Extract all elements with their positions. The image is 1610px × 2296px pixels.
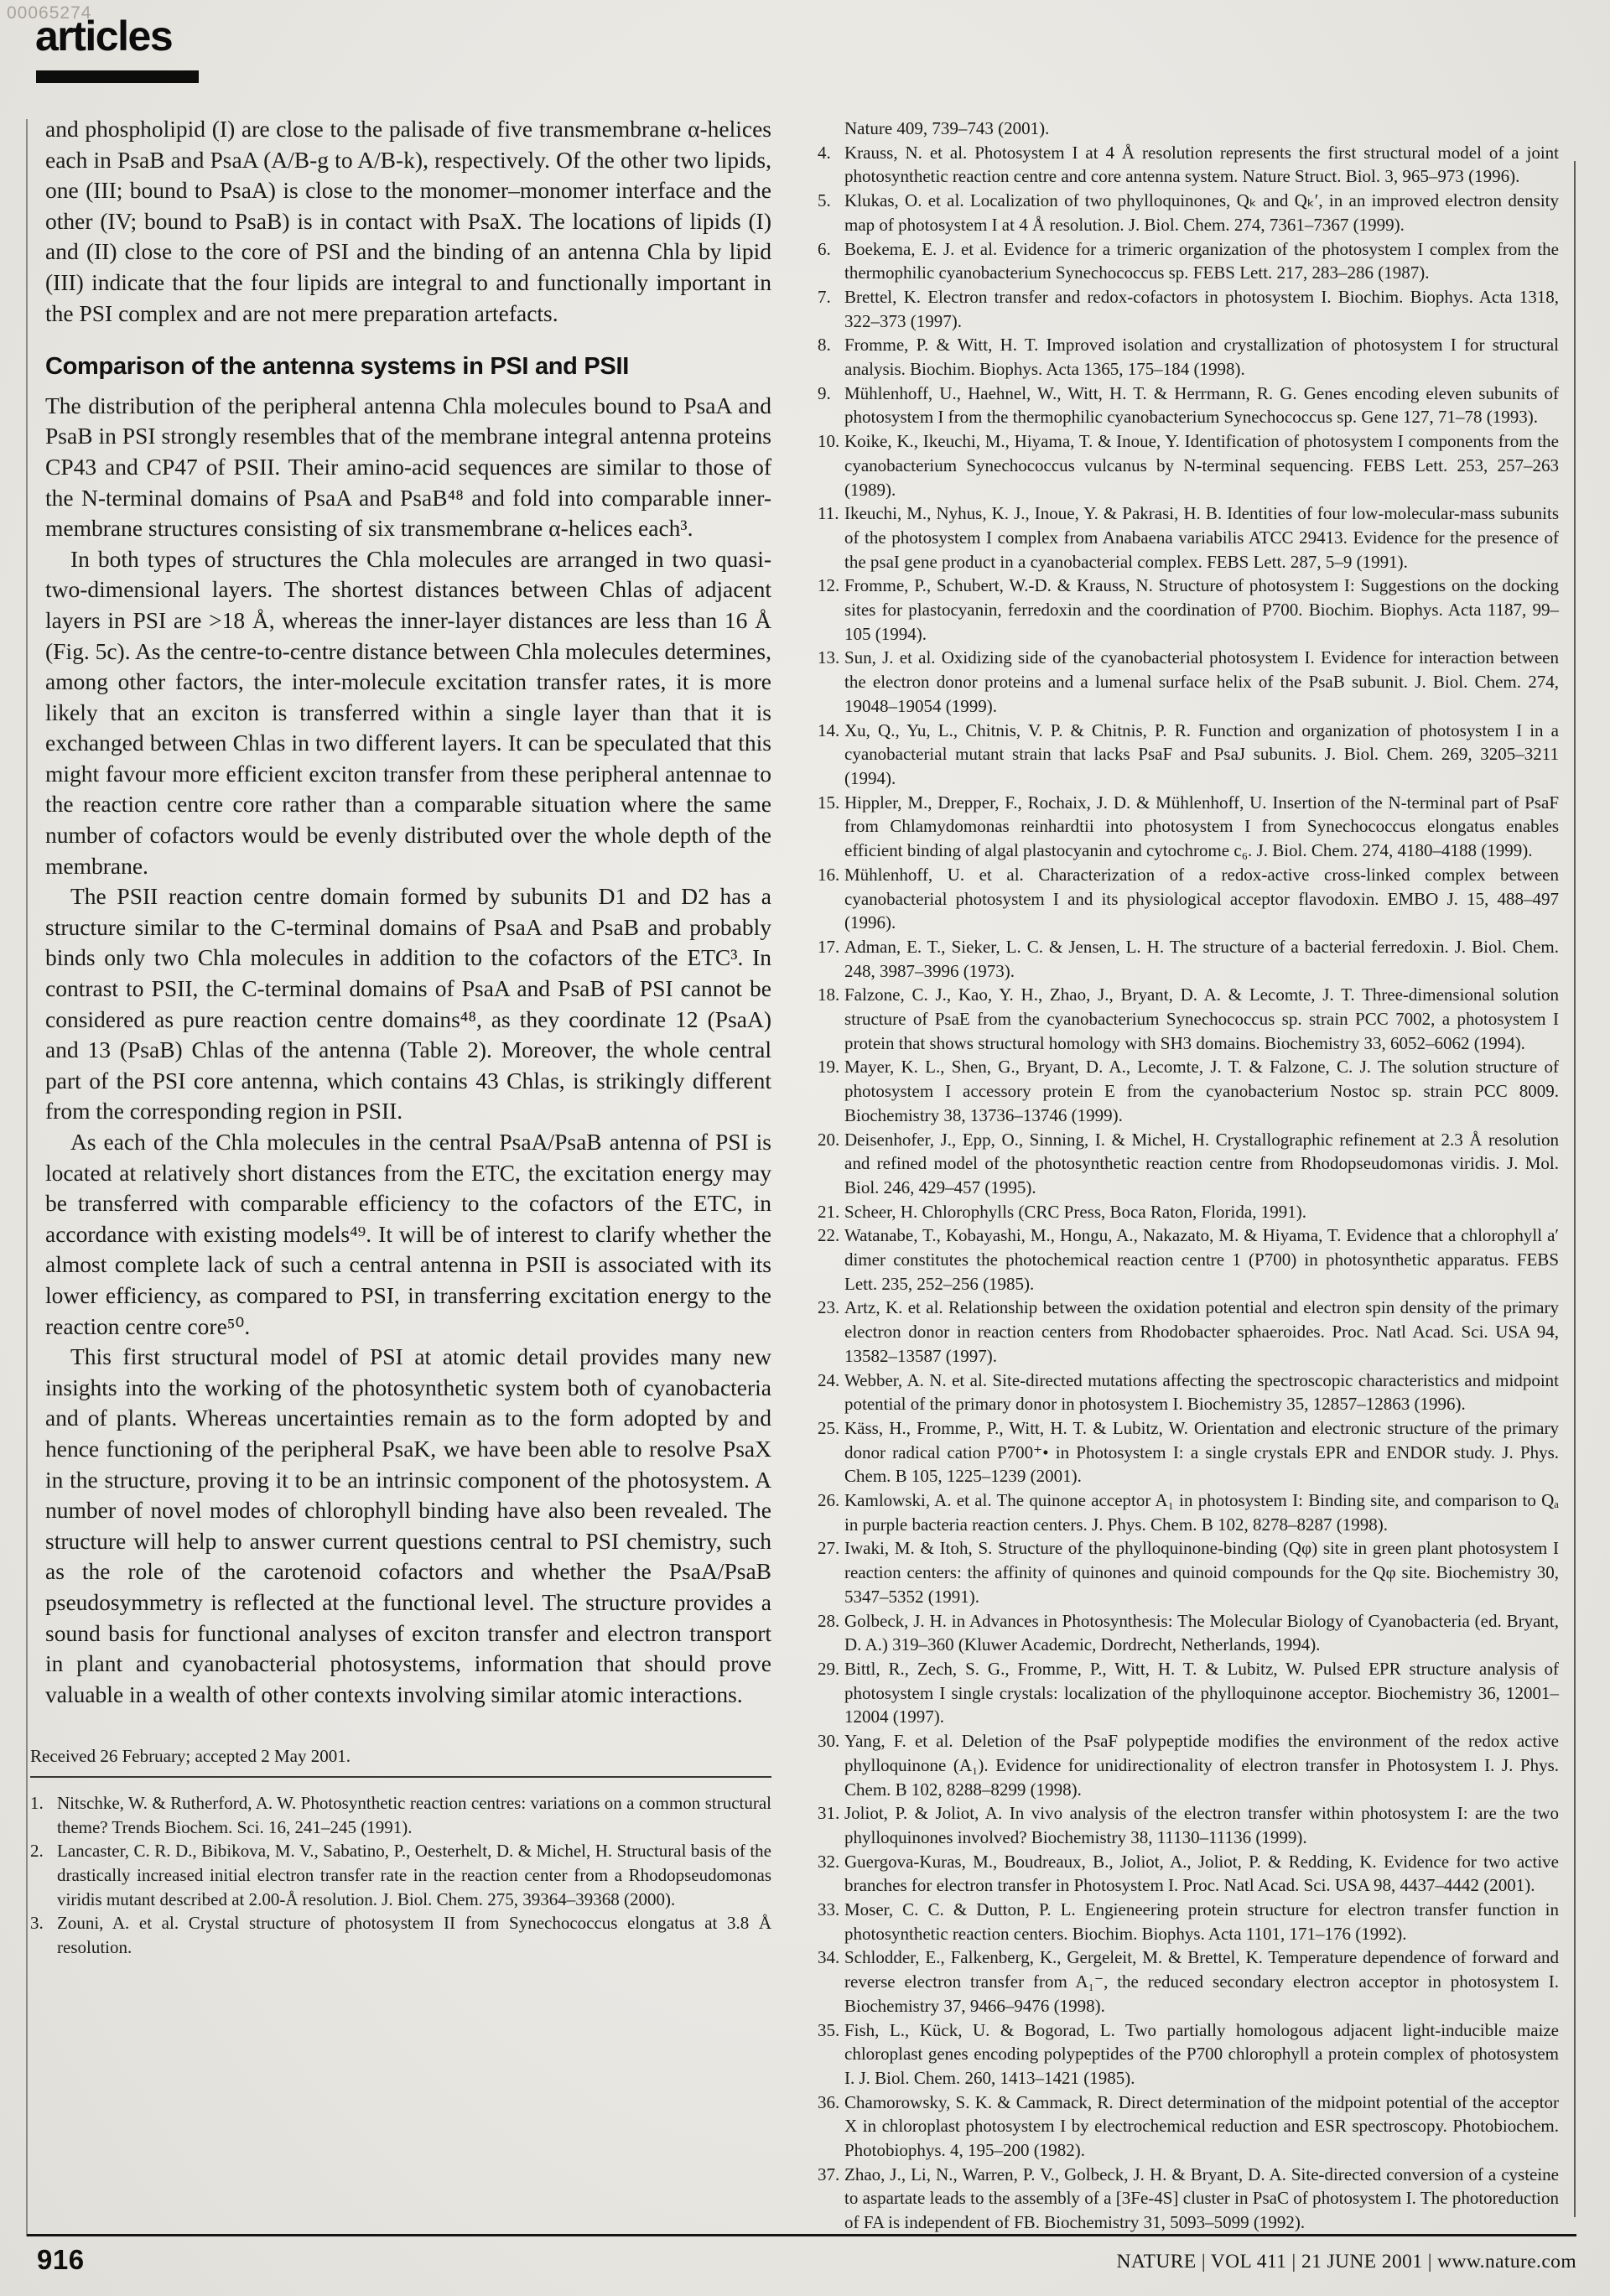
reference-item: 37. Zhao, J., Li, N., Warren, P. V., Gol… bbox=[818, 2163, 1559, 2235]
article-column: and phospholipid (I) are close to the pa… bbox=[45, 114, 771, 1959]
reference-text: Falzone, C. J., Kao, Y. H., Zhao, J., Br… bbox=[844, 984, 1559, 1052]
reference-text: Schlodder, E., Falkenberg, K., Gergeleit… bbox=[844, 1947, 1559, 2015]
reference-item: 8. Fromme, P. & Witt, H. T. Improved iso… bbox=[818, 333, 1559, 381]
reference-item: 18. Falzone, C. J., Kao, Y. H., Zhao, J.… bbox=[818, 983, 1559, 1055]
reference-text: Golbeck, J. H. in Advances in Photosynth… bbox=[844, 1611, 1559, 1655]
reference-item: 2. Lancaster, C. R. D., Bibikova, M. V.,… bbox=[30, 1839, 771, 1911]
reference-number: 11. bbox=[818, 501, 839, 526]
reference-text: Hippler, M., Drepper, F., Rochaix, J. D.… bbox=[844, 792, 1559, 860]
reference-item: 11. Ikeuchi, M., Nyhus, K. J., Inoue, Y.… bbox=[818, 501, 1559, 574]
reference-text: Lancaster, C. R. D., Bibikova, M. V., Sa… bbox=[57, 1841, 771, 1909]
reference-number: 30. bbox=[818, 1729, 839, 1753]
reference-number: 29. bbox=[818, 1657, 839, 1681]
reference-text: Artz, K. et al. Relationship between the… bbox=[844, 1297, 1559, 1365]
reference-number: 4. bbox=[818, 141, 831, 165]
page-number: 916 bbox=[37, 2244, 85, 2276]
reference-number: 36. bbox=[818, 2091, 839, 2115]
body-paragraph: As each of the Chla molecules in the cen… bbox=[45, 1127, 771, 1342]
reference-number: 28. bbox=[818, 1609, 839, 1634]
reference-item: 22. Watanabe, T., Kobayashi, M., Hongu, … bbox=[818, 1223, 1559, 1296]
reference-item: 12. Fromme, P., Schubert, W.-D. & Krauss… bbox=[818, 574, 1559, 646]
reference-item: 36. Chamorowsky, S. K. & Cammack, R. Dir… bbox=[818, 2091, 1559, 2163]
reference-text: Mühlenhoff, U. et al. Characterization o… bbox=[844, 865, 1559, 932]
reference-item: 17. Adman, E. T., Sieker, L. C. & Jensen… bbox=[818, 935, 1559, 983]
reference-text: Klukas, O. et al. Localization of two ph… bbox=[844, 190, 1559, 235]
reference-item: 4. Krauss, N. et al. Photosystem I at 4 … bbox=[818, 141, 1559, 189]
reference-text: Moser, C. C. & Dutton, P. L. Engieneerin… bbox=[844, 1899, 1559, 1944]
reference-text: Joliot, P. & Joliot, A. In vivo analysis… bbox=[844, 1803, 1559, 1847]
reference-text: Mühlenhoff, U., Haehnel, W., Witt, H. T.… bbox=[844, 383, 1559, 428]
reference-item: 25. Käss, H., Fromme, P., Witt, H. T. & … bbox=[818, 1416, 1559, 1488]
reference-text: Watanabe, T., Kobayashi, M., Hongu, A., … bbox=[844, 1225, 1559, 1293]
reference-number: 1. bbox=[30, 1791, 44, 1816]
reference-number: 37. bbox=[818, 2163, 839, 2187]
reference-number: 6. bbox=[818, 237, 831, 262]
reference-item: 33. Moser, C. C. & Dutton, P. L. Engiene… bbox=[818, 1898, 1559, 1945]
reference-number: 32. bbox=[818, 1850, 839, 1874]
reference-text: Guergova-Kuras, M., Boudreaux, B., Jolio… bbox=[844, 1852, 1559, 1896]
reference-text: Fromme, P., Schubert, W.-D. & Krauss, N.… bbox=[844, 575, 1559, 643]
reference-text: Scheer, H. Chlorophylls (CRC Press, Boca… bbox=[844, 1202, 1306, 1222]
reference-item: 30. Yang, F. et al. Deletion of the PsaF… bbox=[818, 1729, 1559, 1801]
reference-text: Käss, H., Fromme, P., Witt, H. T. & Lubi… bbox=[844, 1418, 1559, 1486]
reference-number: 21. bbox=[818, 1200, 839, 1224]
reference-number: 31. bbox=[818, 1801, 839, 1826]
reference-number: 25. bbox=[818, 1416, 839, 1441]
reference-number: 26. bbox=[818, 1488, 839, 1513]
reference-text: Krauss, N. et al. Photosystem I at 4 Å r… bbox=[844, 143, 1559, 187]
reference-number: 35. bbox=[818, 2018, 839, 2043]
reference-item: 19. Mayer, K. L., Shen, G., Bryant, D. A… bbox=[818, 1055, 1559, 1127]
reference-item: 21. Scheer, H. Chlorophylls (CRC Press, … bbox=[818, 1200, 1559, 1224]
section-label: articles bbox=[35, 12, 172, 60]
reference-text: Boekema, E. J. et al. Evidence for a tri… bbox=[844, 239, 1559, 283]
reference-item: 14. Xu, Q., Yu, L., Chitnis, V. P. & Chi… bbox=[818, 719, 1559, 791]
reference-number: 5. bbox=[818, 189, 831, 213]
reference-item: 15. Hippler, M., Drepper, F., Rochaix, J… bbox=[818, 791, 1559, 863]
reference-number: 20. bbox=[818, 1128, 839, 1152]
reference-number: 2. bbox=[30, 1839, 44, 1863]
reference-number: 8. bbox=[818, 333, 831, 357]
body-paragraph: This first structural model of PSI at at… bbox=[45, 1342, 771, 1710]
reference-text: Ikeuchi, M., Nyhus, K. J., Inoue, Y. & P… bbox=[844, 503, 1559, 571]
reference-number: 13. bbox=[818, 646, 839, 670]
reference-text: Fish, L., Kück, U. & Bogorad, L. Two par… bbox=[844, 2020, 1559, 2088]
reference-item: 6. Boekema, E. J. et al. Evidence for a … bbox=[818, 237, 1559, 285]
reference-text: Mayer, K. L., Shen, G., Bryant, D. A., L… bbox=[844, 1057, 1559, 1125]
reference-number: 14. bbox=[818, 719, 839, 743]
reference-number: 17. bbox=[818, 935, 839, 959]
reference-number: 9. bbox=[818, 382, 831, 406]
reference-text: Koike, K., Ikeuchi, M., Hiyama, T. & Ino… bbox=[844, 431, 1559, 499]
reference-text: Iwaki, M. & Itoh, S. Structure of the ph… bbox=[844, 1538, 1559, 1606]
journal-footer-line: NATURE | VOL 411 | 21 JUNE 2001 | www.na… bbox=[1116, 2251, 1576, 2273]
reference-item: 35. Fish, L., Kück, U. & Bogorad, L. Two… bbox=[818, 2018, 1559, 2091]
body-paragraph: In both types of structures the Chla mol… bbox=[45, 544, 771, 882]
body-paragraph: The distribution of the peripheral anten… bbox=[45, 391, 771, 544]
reference-text: Bittl, R., Zech, S. G., Fromme, P., Witt… bbox=[844, 1659, 1559, 1727]
left-margin-rule bbox=[26, 119, 28, 2236]
reference-item: 16. Mühlenhoff, U. et al. Characterizati… bbox=[818, 863, 1559, 935]
reference-item: 9. Mühlenhoff, U., Haehnel, W., Witt, H.… bbox=[818, 382, 1559, 429]
reference-item: 13. Sun, J. et al. Oxidizing side of the… bbox=[818, 646, 1559, 718]
reference-text: Deisenhofer, J., Epp, O., Sinning, I. & … bbox=[844, 1130, 1559, 1197]
reference-item: 3. Zouni, A. et al. Crystal structure of… bbox=[30, 1911, 771, 1959]
reference-number: 33. bbox=[818, 1898, 839, 1922]
reference-text: Sun, J. et al. Oxidizing side of the cya… bbox=[844, 647, 1559, 715]
reference-item: 31. Joliot, P. & Joliot, A. In vivo anal… bbox=[818, 1801, 1559, 1849]
body-paragraph: and phospholipid (I) are close to the pa… bbox=[45, 114, 771, 329]
reference-text: Nitschke, W. & Rutherford, A. W. Photosy… bbox=[57, 1793, 771, 1837]
reference-item: 7. Brettel, K. Electron transfer and red… bbox=[818, 285, 1559, 333]
reference-item: 1. Nitschke, W. & Rutherford, A. W. Phot… bbox=[30, 1791, 771, 1839]
reference-item: 20. Deisenhofer, J., Epp, O., Sinning, I… bbox=[818, 1128, 1559, 1200]
reference-text: Webber, A. N. et al. Site-directed mutat… bbox=[844, 1370, 1559, 1415]
reference-number: 18. bbox=[818, 983, 839, 1007]
reference-text: Yang, F. et al. Deletion of the PsaF pol… bbox=[844, 1731, 1559, 1799]
section-heading: Comparison of the antenna systems in PSI… bbox=[45, 351, 771, 382]
journal-page: 00065274 articles and phospholipid (I) a… bbox=[0, 0, 1610, 2296]
reference-number: 7. bbox=[818, 285, 831, 309]
body-paragraph: The PSII reaction centre domain formed b… bbox=[45, 881, 771, 1127]
reference-text: Xu, Q., Yu, L., Chitnis, V. P. & Chitnis… bbox=[844, 720, 1559, 788]
reference-text: Zouni, A. et al. Crystal structure of ph… bbox=[57, 1913, 771, 1957]
references-divider-rule bbox=[30, 1776, 771, 1778]
reference-text: Chamorowsky, S. K. & Cammack, R. Direct … bbox=[844, 2092, 1559, 2160]
references-column: Nature 409, 739–743 (2001). 4. Krauss, N… bbox=[818, 117, 1559, 2235]
reference-number: 10. bbox=[818, 429, 839, 454]
reference-number: 22. bbox=[818, 1223, 839, 1248]
reference-item: 24. Webber, A. N. et al. Site-directed m… bbox=[818, 1369, 1559, 1416]
reference-text: Fromme, P. & Witt, H. T. Improved isolat… bbox=[844, 335, 1559, 379]
section-divider-bar bbox=[36, 70, 199, 83]
reference-text: Kamlowski, A. et al. The quinone accepto… bbox=[844, 1490, 1559, 1535]
reference-item: 26. Kamlowski, A. et al. The quinone acc… bbox=[818, 1488, 1559, 1536]
reference-number: 16. bbox=[818, 863, 839, 887]
received-accepted-line: Received 26 February; accepted 2 May 200… bbox=[30, 1745, 771, 1768]
reference-list-left: 1. Nitschke, W. & Rutherford, A. W. Phot… bbox=[30, 1791, 771, 1959]
reference-number: 27. bbox=[818, 1536, 839, 1561]
reference-list-right: 4. Krauss, N. et al. Photosystem I at 4 … bbox=[818, 141, 1559, 2235]
reference-item: 32. Guergova-Kuras, M., Boudreaux, B., J… bbox=[818, 1850, 1559, 1898]
reference-item: 29. Bittl, R., Zech, S. G., Fromme, P., … bbox=[818, 1657, 1559, 1729]
reference-number: 23. bbox=[818, 1296, 839, 1320]
reference-item: 34. Schlodder, E., Falkenberg, K., Gerge… bbox=[818, 1945, 1559, 2018]
reference-text: Brettel, K. Electron transfer and redox-… bbox=[844, 287, 1559, 331]
reference-number: 12. bbox=[818, 574, 839, 598]
reference-text: Adman, E. T., Sieker, L. C. & Jensen, L.… bbox=[844, 937, 1559, 981]
reference-number: 15. bbox=[818, 791, 839, 815]
reference-number: 19. bbox=[818, 1055, 839, 1079]
reference-number: 3. bbox=[30, 1911, 44, 1935]
reference-continuation: Nature 409, 739–743 (2001). bbox=[818, 117, 1559, 141]
reference-item: 28. Golbeck, J. H. in Advances in Photos… bbox=[818, 1609, 1559, 1657]
footer-rule bbox=[27, 2234, 1576, 2236]
reference-item: 27. Iwaki, M. & Itoh, S. Structure of th… bbox=[818, 1536, 1559, 1608]
reference-number: 24. bbox=[818, 1369, 839, 1393]
right-margin-rule bbox=[1574, 161, 1576, 2217]
reference-number: 34. bbox=[818, 1945, 839, 1970]
reference-item: 5. Klukas, O. et al. Localization of two… bbox=[818, 189, 1559, 236]
reference-item: 10. Koike, K., Ikeuchi, M., Hiyama, T. &… bbox=[818, 429, 1559, 501]
reference-text: Zhao, J., Li, N., Warren, P. V., Golbeck… bbox=[844, 2164, 1559, 2232]
reference-item: 23. Artz, K. et al. Relationship between… bbox=[818, 1296, 1559, 1368]
